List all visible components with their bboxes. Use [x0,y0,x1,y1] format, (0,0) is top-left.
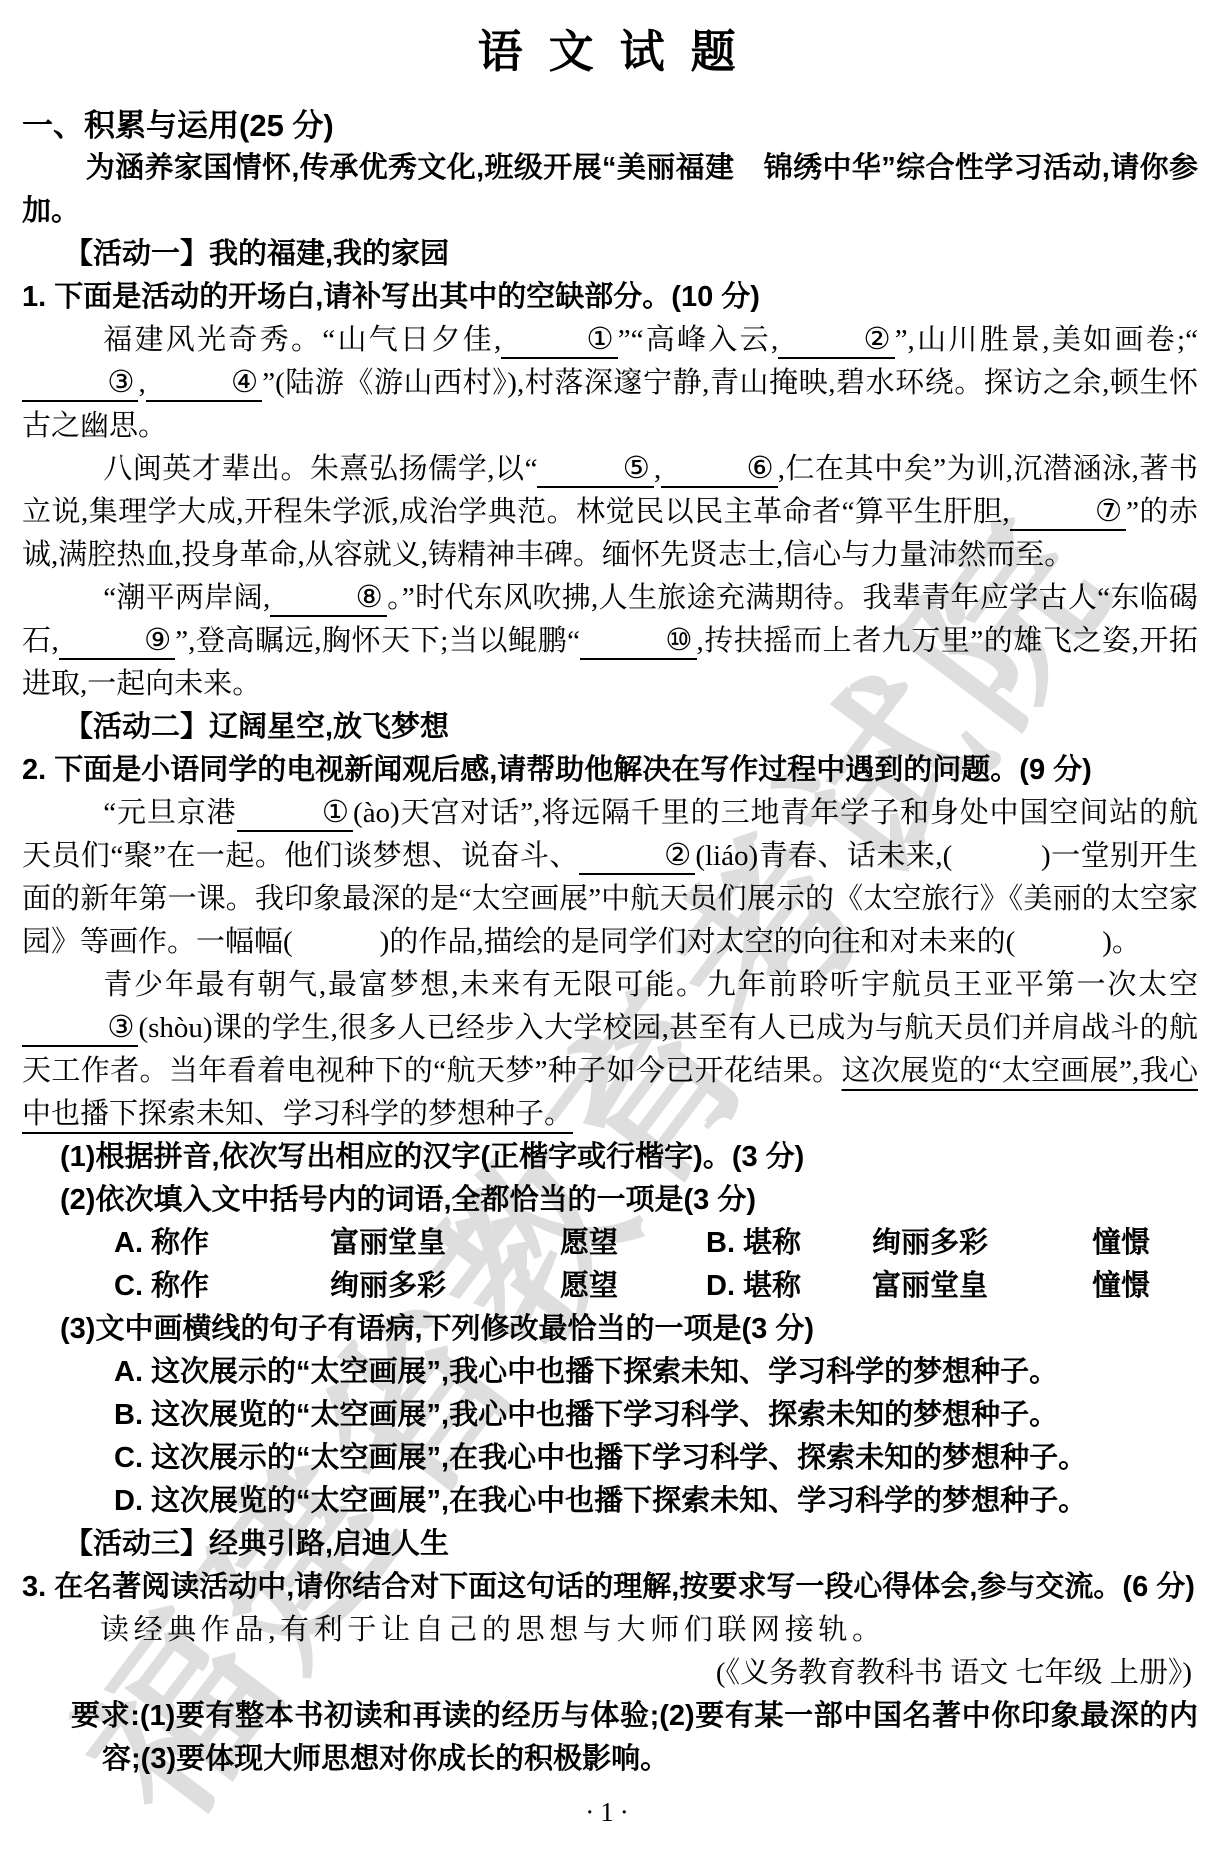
blank-9: ⑨ [59,623,175,660]
option-b-word-1: 绚丽多彩 [872,1222,1092,1265]
q2-sub2-options-row-1: A. 称作 富丽堂皇 愿望 B. 堪称 绚丽多彩 憧憬 [22,1222,1198,1265]
q2-paragraph-2: 青少年最有朝气,最富梦想,未来有无限可能。九年前聆听宇航员王亚平第一次太空③(s… [22,964,1198,1136]
option-b-word-2: 憧憬 [1092,1222,1150,1265]
activity-1-heading: 【活动一】我的福建,我的家园 [22,233,1198,276]
text-run: 青少年最有朝气,最富梦想,未来有无限可能。九年前聆听宇航员王亚平第一次太空 [103,969,1198,1001]
blank-10: ⑩ [580,623,696,660]
page-title: 语 文 试 题 [22,22,1198,82]
q3-requirements: 要求:(1)要有整本书初读和再读的经历与体验;(2)要有某一部中国名著中你印象最… [22,1695,1198,1781]
q3-quote: 读经典作品,有利于让自己的思想与大师们联网接轨。 [22,1609,1198,1652]
page-number: ·1· [0,1791,1220,1834]
blank-7: ⑦ [1010,494,1126,531]
activity-2-heading: 【活动二】辽阔星空,放飞梦想 [22,706,1198,749]
blank-4: ④ [146,365,262,402]
q1-stem: 1. 下面是活动的开场白,请补写出其中的空缺部分。(10 分) [22,276,1198,319]
blank-3: ③ [22,365,138,402]
option-c-label: C. 称作 [114,1265,330,1308]
text-run: ”,山川胜景,美如画卷;“ [895,324,1198,356]
option-a-label: A. 称作 [114,1222,330,1265]
text-run: ”,登高瞩远,胸怀天下;当以鲲鹏“ [175,625,580,657]
option-c-word-2: 愿望 [560,1265,706,1308]
pinyin-blank-1: ① [237,795,353,832]
text-run: , [138,367,145,399]
q1-paragraph-1: 福建风光奇秀。“山气日夕佳,①”“高峰入云,②”,山川胜景,美如画卷;“③,④”… [22,319,1198,448]
blank-8: ⑧ [270,580,386,617]
q2-sub3-option-d: D. 这次展览的“太空画展”,在我心中也播下探索未知、学习科学的梦想种子。 [22,1480,1198,1523]
blank-2: ② [778,322,894,359]
q2-stem: 2. 下面是小语同学的电视新闻观后感,请帮助他解决在写作过程中遇到的问题。(9 … [22,749,1198,792]
q2-paragraph-1: “元旦京港①(ào)天宫对话”,将远隔千里的三地青年学子和身处中国空间站的航天员… [22,792,1198,964]
q2-sub3-option-c: C. 这次展示的“太空画展”,在我心中也播下学习科学、探索未知的梦想种子。 [22,1437,1198,1480]
text-run: ”“高峰入云, [618,324,779,356]
text-run: 福建风光奇秀。“山气日夕佳, [103,324,501,356]
page-content: 语 文 试 题 一、积累与运用(25 分) 为涵养家国情怀,传承优秀文化,班级开… [0,0,1220,1781]
blank-1: ① [501,322,617,359]
q2-sub3-option-a: A. 这次展示的“太空画展”,我心中也播下探索未知、学习科学的梦想种子。 [22,1351,1198,1394]
option-b-label: B. 堪称 [706,1222,872,1265]
option-d-label: D. 堪称 [706,1265,872,1308]
activity-3-heading: 【活动三】经典引路,启迪人生 [22,1523,1198,1566]
section-intro: 为涵养家国情怀,传承优秀文化,班级开展“美丽福建 锦绣中华”综合性学习活动,请你… [22,147,1198,233]
q2-subquestion-3: (3)文中画横线的句子有语病,下列修改最恰当的一项是(3 分) [22,1308,1198,1351]
q2-subquestion-2: (2)依次填入文中括号内的词语,全都恰当的一项是(3 分) [22,1179,1198,1222]
q3-stem: 3. 在名著阅读活动中,请你结合对下面这句话的理解,按要求写一段心得体会,参与交… [22,1566,1198,1609]
text-run: 八闽英才辈出。朱熹弘扬儒学,以“ [103,453,537,485]
text-run: “元旦京港 [103,797,236,829]
option-d-word-1: 富丽堂皇 [872,1265,1092,1308]
q1-paragraph-2: 八闽英才辈出。朱熹弘扬儒学,以“⑤,⑥,仁在其中矣”为训,沉潜涵泳,著书立说,集… [22,448,1198,577]
q3-quote-source: (《义务教育教科书 语文 七年级 上册》) [22,1652,1198,1695]
section-1-heading: 一、积累与运用(25 分) [22,104,1198,147]
option-d-word-2: 憧憬 [1092,1265,1150,1308]
pinyin-blank-2: ② [579,838,695,875]
option-c-word-1: 绚丽多彩 [330,1265,560,1308]
text-run: “潮平两岸阔, [103,582,270,614]
blank-6: ⑥ [661,451,777,488]
pinyin-blank-3: ③ [22,1010,138,1047]
option-a-word-2: 愿望 [560,1222,706,1265]
q1-paragraph-3: “潮平两岸阔,⑧。”时代东风吹拂,人生旅途充满期待。我辈青年应学古人“东临碣石,… [22,577,1198,706]
q2-subquestion-1: (1)根据拼音,依次写出相应的汉字(正楷字或行楷字)。(3 分) [22,1136,1198,1179]
option-a-word-1: 富丽堂皇 [330,1222,560,1265]
exam-page: 福建省教育考试院 语 文 试 题 一、积累与运用(25 分) 为涵养家国情怀,传… [0,0,1220,1860]
blank-5: ⑤ [537,451,653,488]
q2-sub2-options-row-2: C. 称作 绚丽多彩 愿望 D. 堪称 富丽堂皇 憧憬 [22,1265,1198,1308]
text-run: , [654,453,661,485]
q2-sub3-option-b: B. 这次展览的“太空画展”,我心中也播下学习科学、探索未知的梦想种子。 [22,1394,1198,1437]
